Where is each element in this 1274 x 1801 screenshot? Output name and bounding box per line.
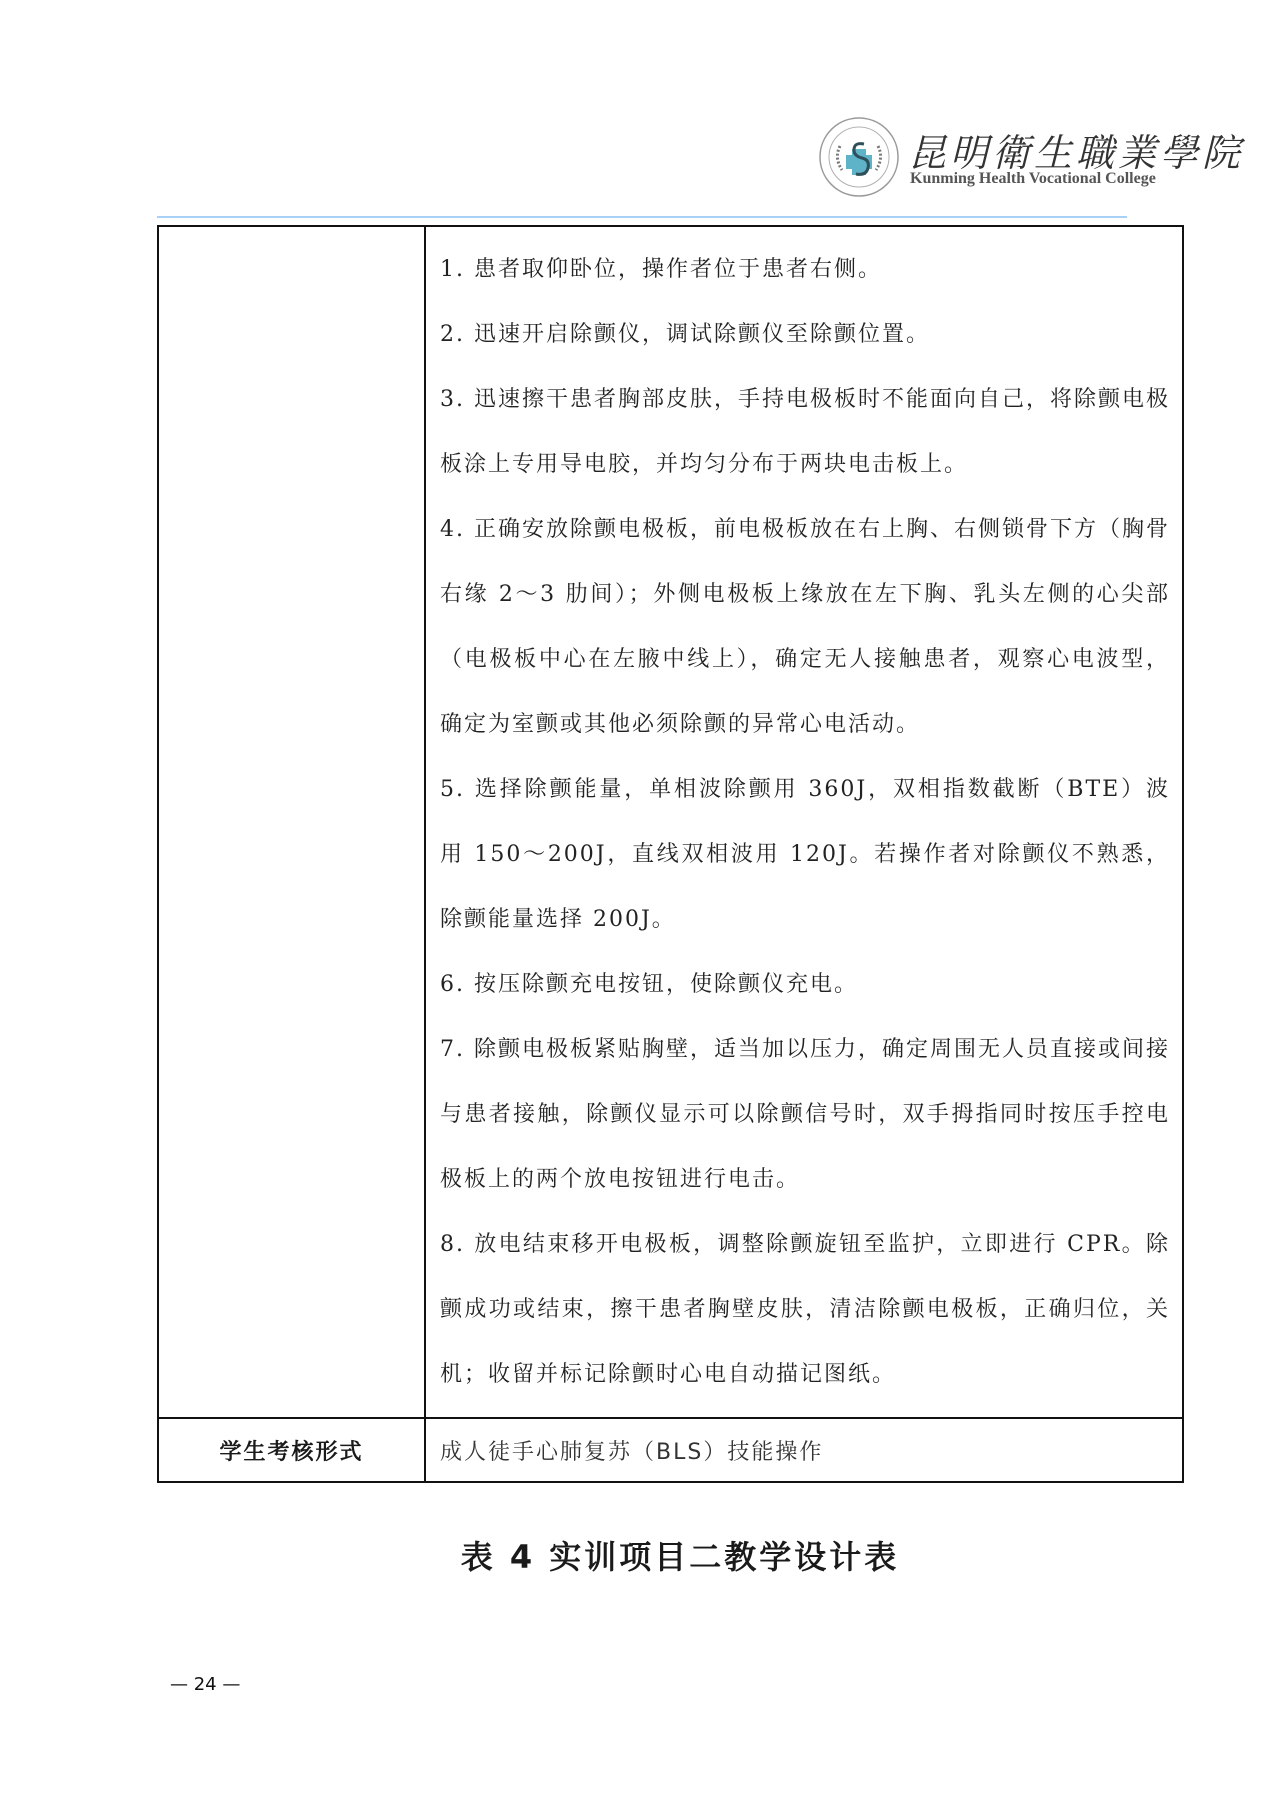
procedure-label-cell <box>158 226 425 1418</box>
assessment-value: 成人徒手心肺复苏（BLS）技能操作 <box>425 1418 1183 1482</box>
college-name-en: Kunming Health Vocational College <box>910 170 1156 188</box>
table-caption: 表 4 实训项目二教学设计表 <box>0 1532 1274 1578</box>
assessment-label: 学生考核形式 <box>158 1418 425 1482</box>
step-2: 2. 迅速开启除颤仪，调试除颤仪至除颤位置。 <box>440 302 1170 367</box>
page-number: — 24 — <box>170 1674 240 1695</box>
procedure-steps-cell: 1. 患者取仰卧位，操作者位于患者右侧。 2. 迅速开启除颤仪，调试除颤仪至除颤… <box>425 226 1183 1418</box>
step-8: 8. 放电结束移开电极板，调整除颤旋钮至监护，立即进行 CPR。除颤成功或结束，… <box>440 1212 1170 1407</box>
step-3: 3. 迅速擦干患者胸部皮肤，手持电极板时不能面向自己，将除颤电极板涂上专用导电胶… <box>440 367 1170 497</box>
assessment-row: 学生考核形式 成人徒手心肺复苏（BLS）技能操作 <box>158 1418 1183 1482</box>
step-5: 5. 选择除颤能量，单相波除颤用 360J，双相指数截断（BTE）波用 150～… <box>440 757 1170 952</box>
header-divider <box>157 216 1127 218</box>
step-4: 4. 正确安放除颤电极板，前电极板放在右上胸、右侧锁骨下方（胸骨右缘 2～3 肋… <box>440 497 1170 757</box>
procedure-row: 1. 患者取仰卧位，操作者位于患者右侧。 2. 迅速开启除颤仪，调试除颤仪至除颤… <box>158 226 1183 1418</box>
college-emblem-icon <box>818 116 900 198</box>
step-1: 1. 患者取仰卧位，操作者位于患者右侧。 <box>440 237 1170 302</box>
college-name-cn: 昆明衛生職業學院 <box>908 122 1244 177</box>
step-6: 6. 按压除颤充电按钮，使除颤仪充电。 <box>440 952 1170 1017</box>
step-7: 7. 除颤电极板紧贴胸壁，适当加以压力，确定周围无人员直接或间接与患者接触，除颤… <box>440 1017 1170 1212</box>
teaching-design-table: 1. 患者取仰卧位，操作者位于患者右侧。 2. 迅速开启除颤仪，调试除颤仪至除颤… <box>157 225 1184 1483</box>
